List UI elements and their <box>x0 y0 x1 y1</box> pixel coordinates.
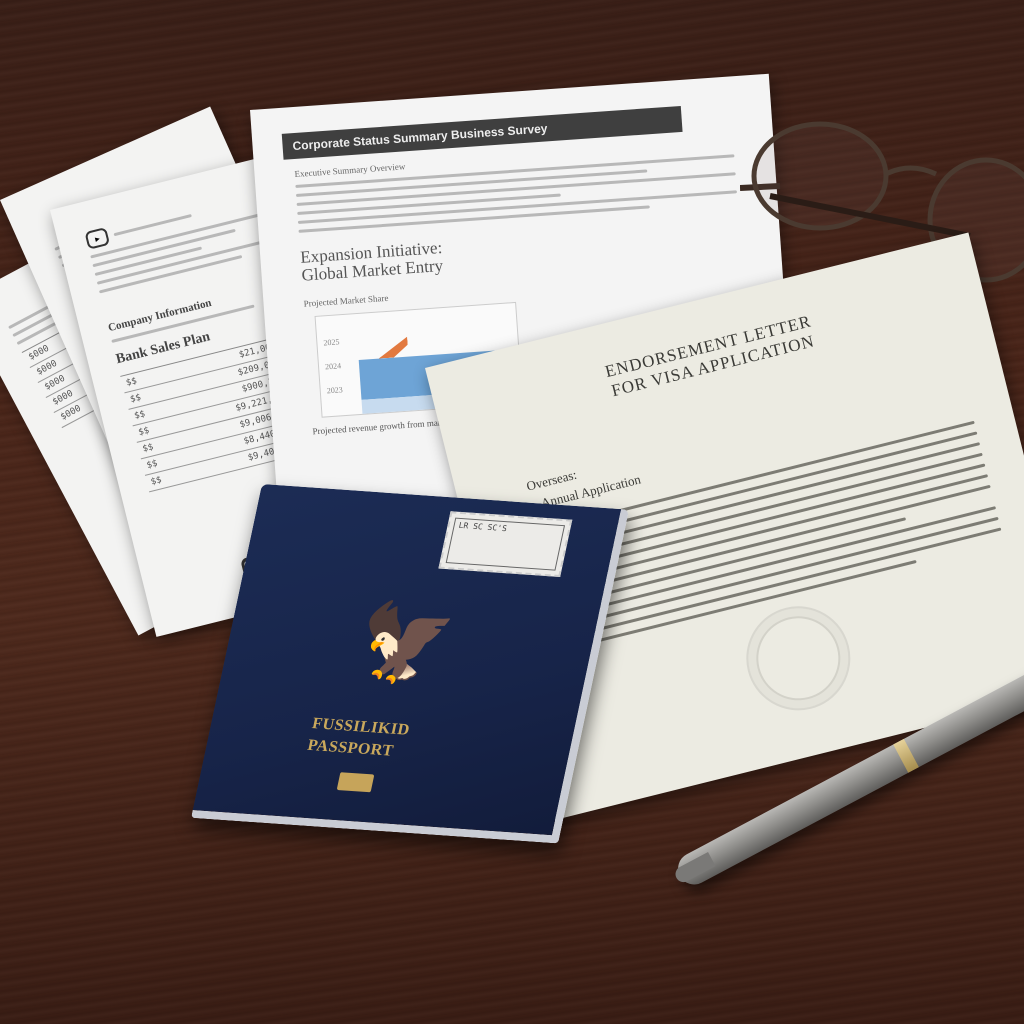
hexagon-logo-icon: ▸ <box>84 227 110 250</box>
biometric-chip-icon <box>337 772 375 792</box>
visa-stamp: LR SC SC'S <box>438 511 572 577</box>
eagle-emblem-icon: 🦅 <box>340 591 471 697</box>
passport-title: FUSSILIKID PASSPORT <box>305 713 411 763</box>
embossed-seal-icon <box>735 595 861 721</box>
passport: LR SC SC'S 🦅 FUSSILIKID PASSPORT <box>191 484 629 844</box>
